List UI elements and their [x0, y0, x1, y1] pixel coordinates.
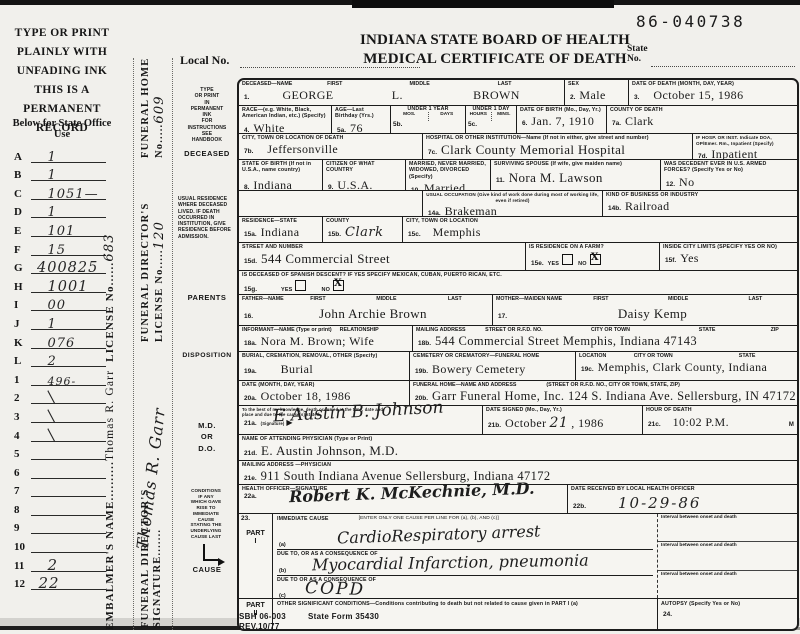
farm-yes-checkbox	[562, 254, 573, 265]
field-cemetery: CEMETERY OR CREMATORY—FUNERAL HOME 19b.B…	[409, 352, 575, 380]
cause-part1: 23. PART I IMMEDIATE CAUSE [ENTER ONLY O…	[239, 513, 797, 598]
field-residence-city: CITY, TOWN OR LOCATION 15c.Memphis	[402, 217, 797, 242]
field-age: AGE—Last Birthday (Yrs.) 5a.76	[331, 106, 390, 133]
state-office-line: 1496-	[14, 367, 106, 386]
form-code: SBH 06-003	[239, 612, 286, 621]
state-office-line: I00	[14, 293, 106, 312]
field-marital-status: MARRIED, NEVER MARRIED, WIDOWED, DIVORCE…	[405, 160, 490, 190]
rail-conditions-note: CONDITIONS IF ANY WHICH GAVE RISE TO IMM…	[180, 488, 232, 540]
spanish-no-checkbox: X	[333, 280, 344, 291]
cause-arrow-icon	[203, 544, 218, 561]
row-personal: STATE OF BIRTH (If not in U.S.A., name c…	[239, 159, 797, 190]
field-city-of-death: CITY, TOWN OR LOCATION OF DEATH 7b.Jeffe…	[239, 134, 422, 159]
embalmer-name-value: Thomas R. Garr	[104, 370, 116, 461]
funeral-home-vertical-text: FUNERAL HOME No.....609	[140, 62, 167, 158]
funeral-home-number: No.....609	[152, 62, 167, 158]
state-office-line: 4/	[14, 423, 106, 442]
field-hospital: HOSPITAL OR OTHER INSTITUTION—Name (If n…	[422, 134, 692, 159]
rail-instructions: TYPE OR PRINT IN PERMANENT INK FOR INSTR…	[178, 87, 236, 143]
rail-disposition-label: DISPOSITION	[178, 352, 236, 359]
state-no-label: State No.	[627, 44, 648, 65]
row-residence: RESIDENCE—STATE 15a.Indiana COUNTY 15b.C…	[239, 216, 797, 242]
field-residence-county: COUNTY 15b.Clark	[322, 217, 402, 242]
state-office-line: G400825	[14, 256, 106, 275]
certificate-form: DECEASED—NAMEFIRSTMIDDLELAST 1.GEORGEL.B…	[237, 78, 799, 631]
interval-cell: Interval between onset and death	[658, 514, 797, 541]
state-office-line: 5	[14, 442, 106, 461]
field-attending-physician: NAME OF ATTENDING PHYSICIAN (Type or Pri…	[239, 435, 797, 460]
state-office-line: 2/	[14, 386, 106, 405]
field-funeral-home: FUNERAL HOME—NAME AND ADDRESS(STREET OR …	[409, 381, 797, 405]
rail-parents-label: PARENTS	[178, 293, 236, 302]
field-citizen: CITIZEN OF WHAT COUNTRY 9.U.S.A.	[322, 160, 405, 190]
field-cemetery-location: LOCATIONCITY OR TOWNSTATE 19c.Memphis, C…	[575, 352, 797, 380]
field-hour-of-death: HOUR OF DEATH 21c.10:02 P.M.M	[642, 406, 797, 434]
state-form-number: State Form 35430	[308, 612, 379, 621]
field-health-officer: HEALTH OFFICER—SIGNATURE 22a. Robert K. …	[239, 485, 567, 513]
field-armed-forces: WAS DECEDENT EVER IN U.S. ARMED FORCES? …	[660, 160, 797, 190]
field-street-number: STREET AND NUMBER 15d.544 Commercial Str…	[239, 243, 525, 270]
field-race: RACE—(e.g. White, Black, American Indian…	[239, 106, 331, 133]
field-under-1-day: UNDER 1 DAY HOURSMINS. 5c.	[465, 106, 516, 133]
funeral-home-label: FUNERAL HOME	[140, 62, 151, 158]
state-office-line: B1	[14, 163, 106, 182]
blank-cell	[239, 191, 422, 216]
embalmer-license-label: LICENSE No.	[104, 281, 116, 361]
cause-part1-lines: IMMEDIATE CAUSE [ENTER ONLY ONE CAUSE PE…	[272, 514, 657, 598]
rail-md-do-label: M.D. OR D.O.	[178, 420, 236, 454]
field-burial-type: BURIAL, CREMATION, REMOVAL, OTHER (Speci…	[239, 352, 409, 380]
row-funeral-home: DATE (MONTH, DAY, YEAR) 20a.October 18, …	[239, 380, 797, 405]
interval-cell: Interval between onset and death	[658, 541, 797, 569]
row-name: DECEASED—NAMEFIRSTMIDDLELAST 1.GEORGEL.B…	[239, 80, 797, 105]
state-office-lines: A1 B1 C1051— D1 E101 F15 G400825 H1001 I…	[14, 144, 106, 590]
field-date-received: DATE RECEIVED BY LOCAL HEALTH OFFICER 22…	[567, 485, 797, 513]
state-office-line: K076	[14, 330, 106, 349]
field-autopsy: AUTOPSY (Specify Yes or No) 24.	[657, 599, 797, 629]
field-date-of-birth: DATE OF BIRTH (Mo., Day, Yr.) 6.Jan. 7, …	[516, 106, 606, 133]
row-certification: To the best of my knowledge, death occur…	[239, 405, 797, 434]
form-title-line1: INDIANA STATE BOARD OF HEALTH	[330, 31, 660, 50]
state-office-line: 7	[14, 479, 106, 498]
death-certificate-scan: TYPE OR PRINT PLAINLY WITH UNFADING INK …	[0, 0, 800, 634]
cause-part1-label-col: 23. PART I	[239, 514, 272, 598]
row-place-of-death: CITY, TOWN OR LOCATION OF DEATH 7b.Jeffe…	[239, 133, 797, 159]
row-attending-physician: NAME OF ATTENDING PHYSICIAN (Type or Pri…	[239, 434, 797, 460]
field-surviving-spouse: SURVIVING SPOUSE (If wife, give maiden n…	[490, 160, 660, 190]
local-no-label: Local No.	[180, 53, 229, 68]
field-deceased-name: DECEASED—NAMEFIRSTMIDDLELAST 1.GEORGEL.B…	[239, 80, 564, 105]
field-inside-city-limits: INSIDE CITY LIMITS (SPECIFY YES OR NO) 1…	[659, 243, 797, 270]
field-county-of-death: COUNTY OF DEATH 7a.Clark	[606, 106, 797, 133]
field-certifier-signature: To the best of my knowledge, death occur…	[239, 406, 482, 434]
state-office-line: 8	[14, 497, 106, 516]
state-no-line	[651, 65, 795, 67]
field-date-of-death: DATE OF DEATH (MONTH, DAY, YEAR) 3.Octob…	[628, 80, 797, 105]
cause-line-a: (a) CardioRespiratory arrest	[277, 527, 653, 550]
row-spanish-descent: IS DECEASED OF SPANISH DESCENT? IF YES S…	[239, 270, 797, 294]
row-race-age: RACE—(e.g. White, Black, American Indian…	[239, 105, 797, 133]
state-office-line: 6	[14, 460, 106, 479]
state-office-line: 3/	[14, 404, 106, 423]
interval-cell: Interval between onset and death	[658, 570, 797, 598]
local-no-line	[240, 66, 420, 68]
field-under-1-year: UNDER 1 YEAR MOS.DAYS 5b.	[390, 106, 465, 133]
field-industry: KIND OF BUSINESS OR INDUSTRY 14b.Railroa…	[602, 191, 797, 216]
state-office-line: H1001	[14, 274, 106, 293]
state-office-line: L2	[14, 349, 106, 368]
state-office-line: A1	[14, 144, 106, 163]
field-hospital-status: IF HOSP. OR INST. Indicate DOA, OP/Emer.…	[692, 134, 797, 159]
funeral-director-label: FUNERAL DIRECTOR'S	[140, 182, 151, 342]
field-state-of-birth: STATE OF BIRTH (If not in U.S.A., name c…	[239, 160, 322, 190]
row-disposition: BURIAL, CREMATION, REMOVAL, OTHER (Speci…	[239, 351, 797, 380]
row-street: STREET AND NUMBER 15d.544 Commercial Str…	[239, 242, 797, 270]
state-office-line: J1	[14, 311, 106, 330]
state-office-line: 1222	[14, 572, 106, 591]
cause-interval-col: Interval between onset and death Interva…	[657, 514, 797, 598]
form-title: INDIANA STATE BOARD OF HEALTH MEDICAL CE…	[330, 31, 660, 69]
field-father-name: FATHER—NAMEFIRSTMIDDLELAST 16.John Archi…	[239, 295, 492, 325]
embalmer-license-vertical-text: EMBALMER'S NAME..........Thomas R. Garr …	[102, 170, 117, 630]
field-residence-state: RESIDENCE—STATE 15a.Indiana	[239, 217, 322, 242]
state-office-line: 9	[14, 516, 106, 535]
row-parents: FATHER—NAMEFIRSTMIDDLELAST 16.John Archi…	[239, 294, 797, 325]
scan-top-edge-blob	[352, 0, 614, 8]
row-occupation: USUAL OCCUPATION (Give kind of work done…	[239, 190, 797, 216]
certificate-number-stamp: 86-040738	[636, 12, 745, 31]
field-spanish-descent: IS DECEASED OF SPANISH DESCENT? IF YES S…	[239, 271, 797, 294]
field-usual-occupation: USUAL OCCUPATION (Give kind of work done…	[422, 191, 602, 216]
embalmer-license-number: 683	[102, 233, 117, 261]
form-revision: REV.10/77	[239, 622, 379, 632]
state-office-line: E101	[14, 218, 106, 237]
state-office-line: F15	[14, 237, 106, 256]
state-office-use-label: Below for State Office Use	[4, 118, 120, 140]
field-sex: SEX 2.Male	[564, 80, 628, 105]
embalmer-name-label: EMBALMER'S NAME	[104, 500, 116, 630]
row-health-officer: HEALTH OFFICER—SIGNATURE 22a. Robert K. …	[239, 484, 797, 513]
form-footer: SBH 06-003State Form 35430 REV.10/77	[239, 612, 379, 632]
state-office-line: D1	[14, 200, 106, 219]
state-office-line: 112	[14, 553, 106, 572]
rail-cause-label: CAUSE	[178, 565, 236, 574]
field-informant-address: MAILING ADDRESSSTREET OR R.F.D. NO.CITY …	[412, 326, 797, 351]
state-office-line: C1051—	[14, 181, 106, 200]
spanish-yes-checkbox	[295, 280, 306, 291]
state-office-line: 10	[14, 534, 106, 553]
rail-residence-note: USUAL RESIDENCE WHERE DECEASED LIVED. IF…	[178, 196, 236, 240]
rail-deceased-label: DECEASED	[178, 149, 236, 158]
cause-line-b: (b) Myocardial Infarction, pneumonia	[277, 557, 653, 576]
field-mother-name: MOTHER—MAIDEN NAMEFIRSTMIDDLELAST 17.Dai…	[492, 295, 797, 325]
farm-no-checkbox: X	[590, 254, 601, 265]
field-residence-on-farm: IS RESIDENCE ON A FARM? 15e.YESNOX	[525, 243, 659, 270]
field-date-signed: DATE SIGNED (Mo., Day, Yr.) 21b.October2…	[482, 406, 642, 434]
field-informant: INFORMANT—NAME (Type or print)RELATIONSH…	[239, 326, 412, 351]
row-informant: INFORMANT—NAME (Type or print)RELATIONSH…	[239, 325, 797, 351]
